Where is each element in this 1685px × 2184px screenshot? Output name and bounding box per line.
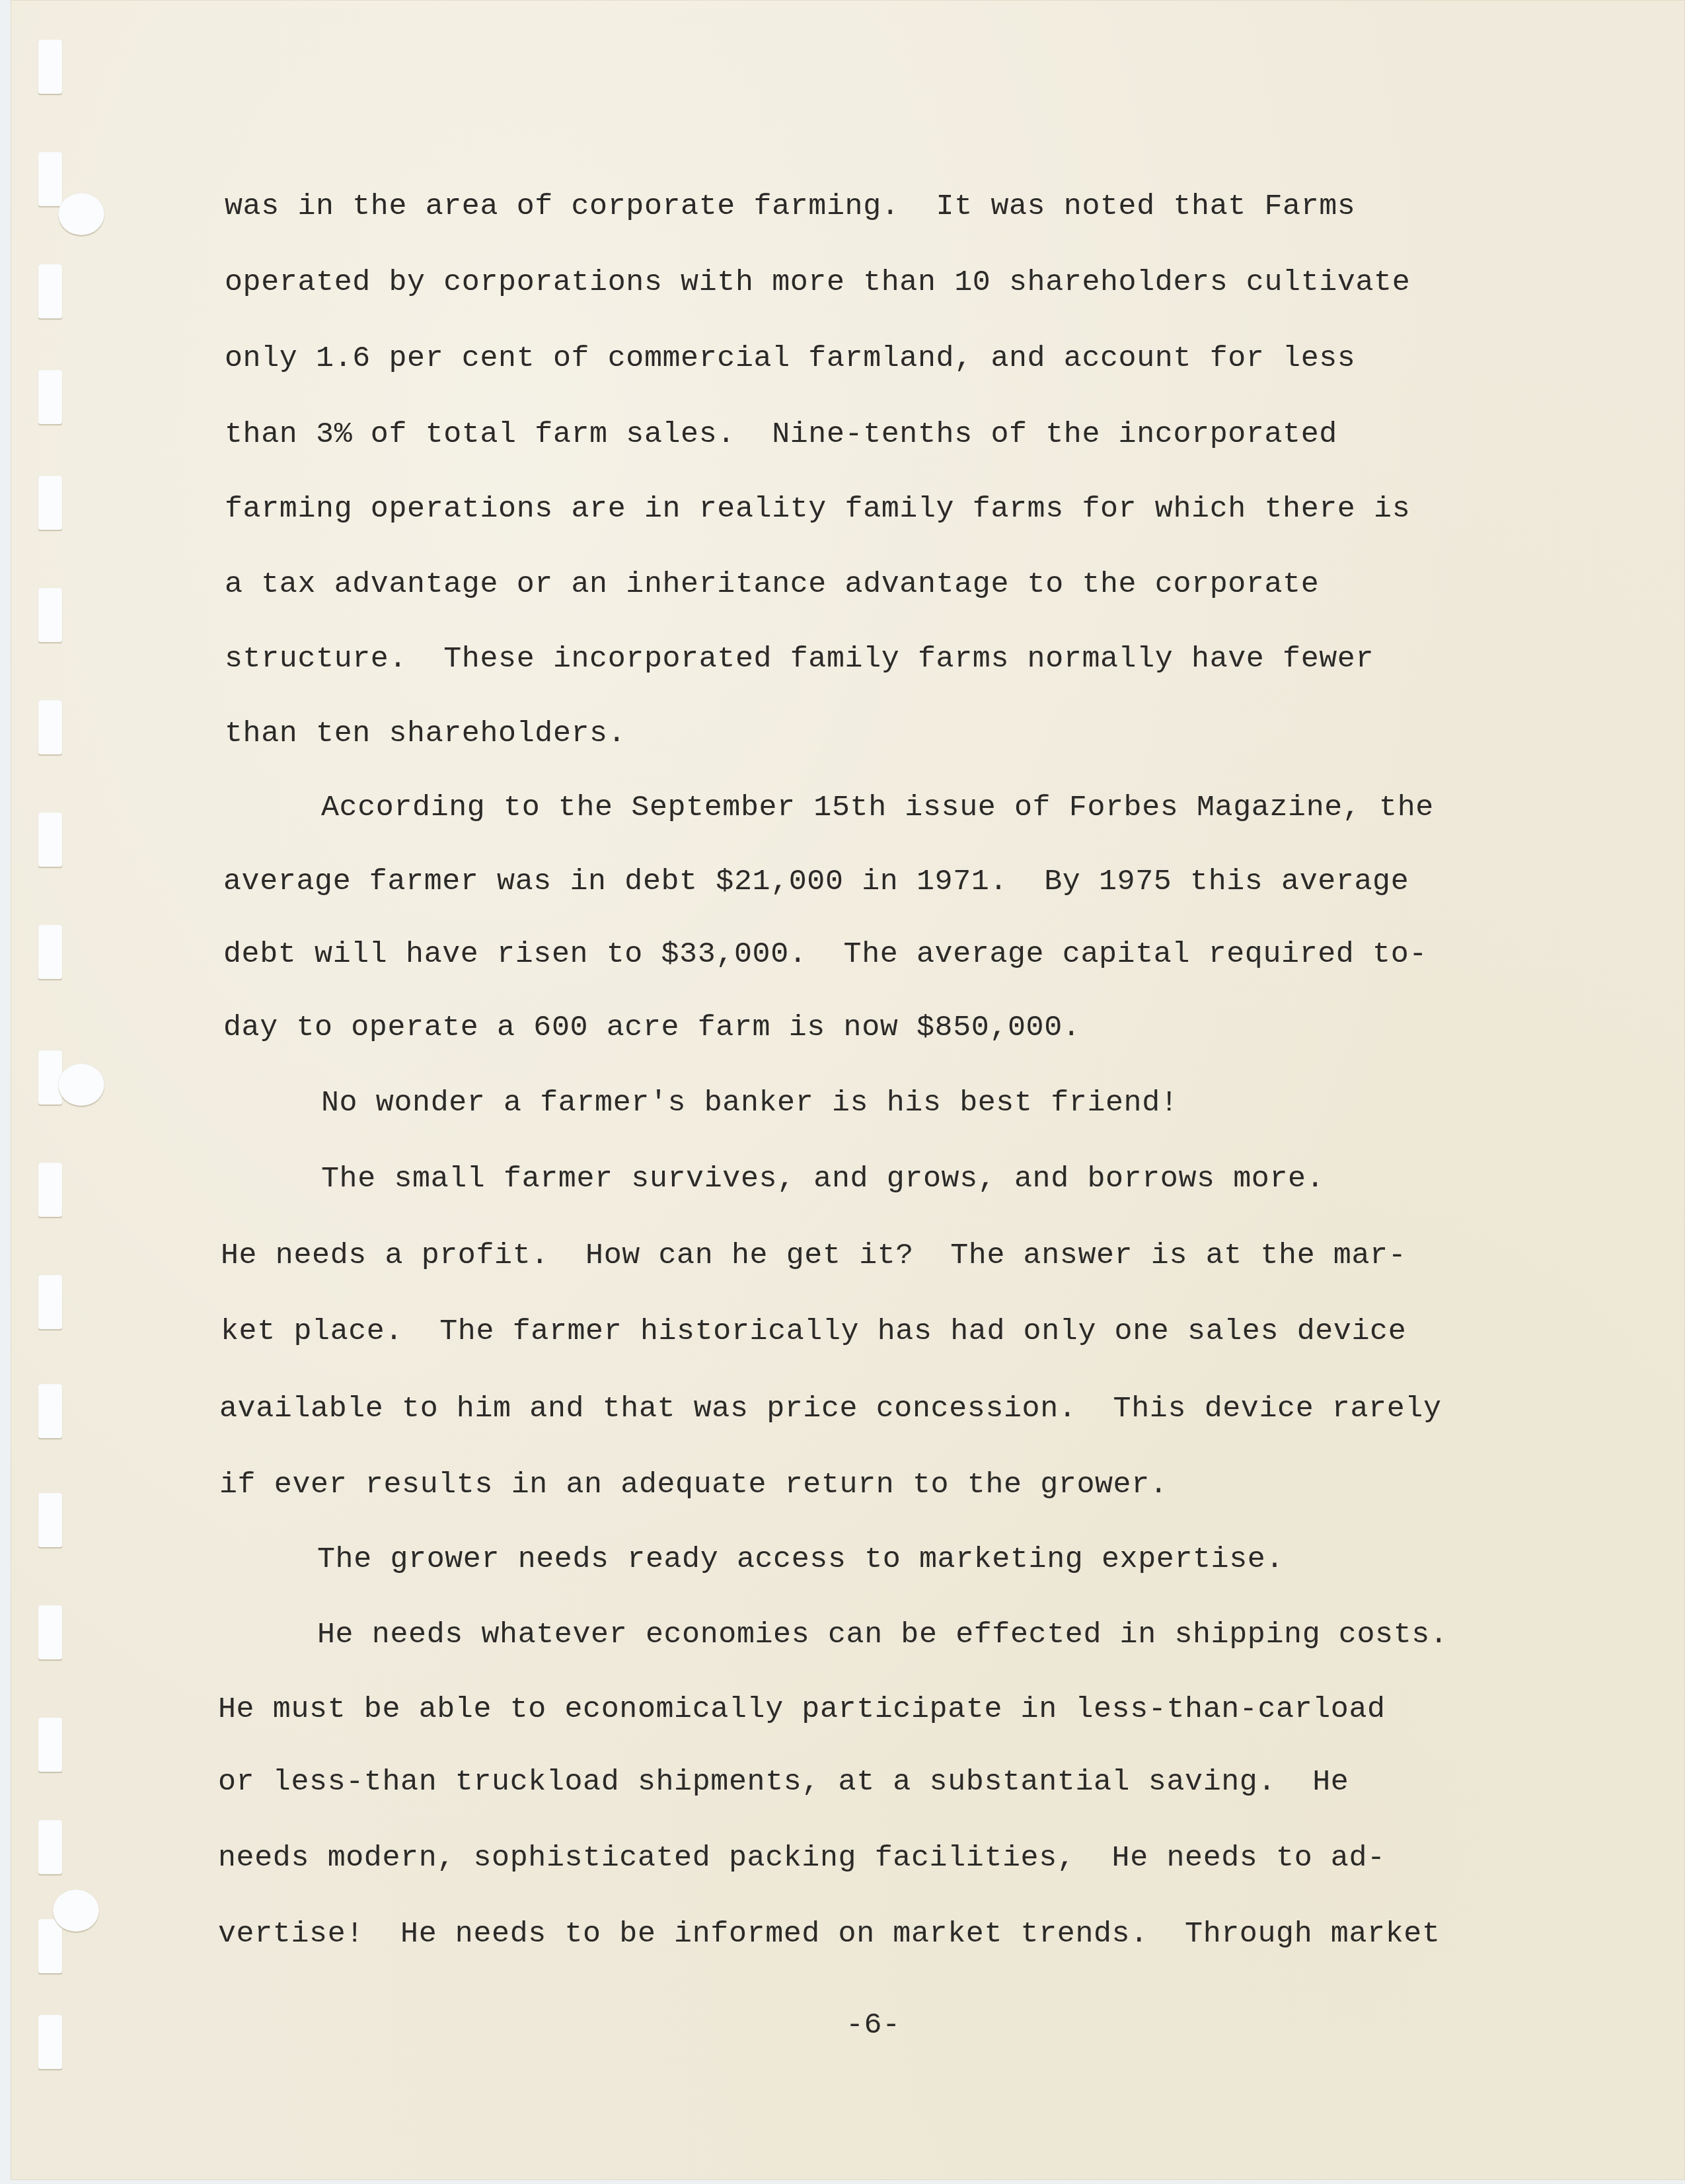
text-line: He must be able to economically particip… bbox=[218, 1694, 1386, 1724]
text-line: No wonder a farmer's banker is his best … bbox=[321, 1088, 1178, 1118]
text-line: The small farmer survives, and grows, an… bbox=[321, 1164, 1324, 1194]
text-line: He needs a profit. How can he get it? Th… bbox=[221, 1241, 1406, 1270]
text-line: farming operations are in reality family… bbox=[225, 494, 1410, 524]
text-line: or less-than truckload shipments, at a s… bbox=[218, 1767, 1349, 1797]
page-number: -6- bbox=[846, 2008, 901, 2042]
text-line: operated by corporations with more than … bbox=[225, 268, 1410, 297]
text-line: if ever results in an adequate return to… bbox=[219, 1470, 1168, 1500]
text-line: According to the September 15th issue of… bbox=[321, 793, 1434, 822]
text-line: vertise! He needs to be informed on mark… bbox=[218, 1919, 1441, 1949]
text-line: ket place. The farmer historically has h… bbox=[221, 1317, 1406, 1346]
text-line: a tax advantage or an inheritance advant… bbox=[225, 569, 1319, 599]
text-line: than 3% of total farm sales. Nine-tenths… bbox=[225, 419, 1337, 449]
text-line: available to him and that was price conc… bbox=[219, 1394, 1442, 1424]
text-line: than ten shareholders. bbox=[225, 719, 626, 748]
text-line: average farmer was in debt $21,000 in 19… bbox=[223, 867, 1409, 896]
text-line: was in the area of corporate farming. It… bbox=[225, 192, 1355, 221]
text-line: day to operate a 600 acre farm is now $8… bbox=[223, 1013, 1080, 1042]
typewritten-body: was in the area of corporate farming. It… bbox=[0, 0, 1685, 2184]
text-line: only 1.6 per cent of commercial farmland… bbox=[225, 344, 1355, 373]
text-line: structure. These incorporated family far… bbox=[225, 644, 1374, 674]
text-line: He needs whatever economies can be effec… bbox=[317, 1620, 1448, 1650]
text-line: debt will have risen to $33,000. The ave… bbox=[223, 939, 1427, 969]
text-line: The grower needs ready access to marketi… bbox=[317, 1545, 1284, 1574]
text-line: needs modern, sophisticated packing faci… bbox=[218, 1843, 1386, 1873]
